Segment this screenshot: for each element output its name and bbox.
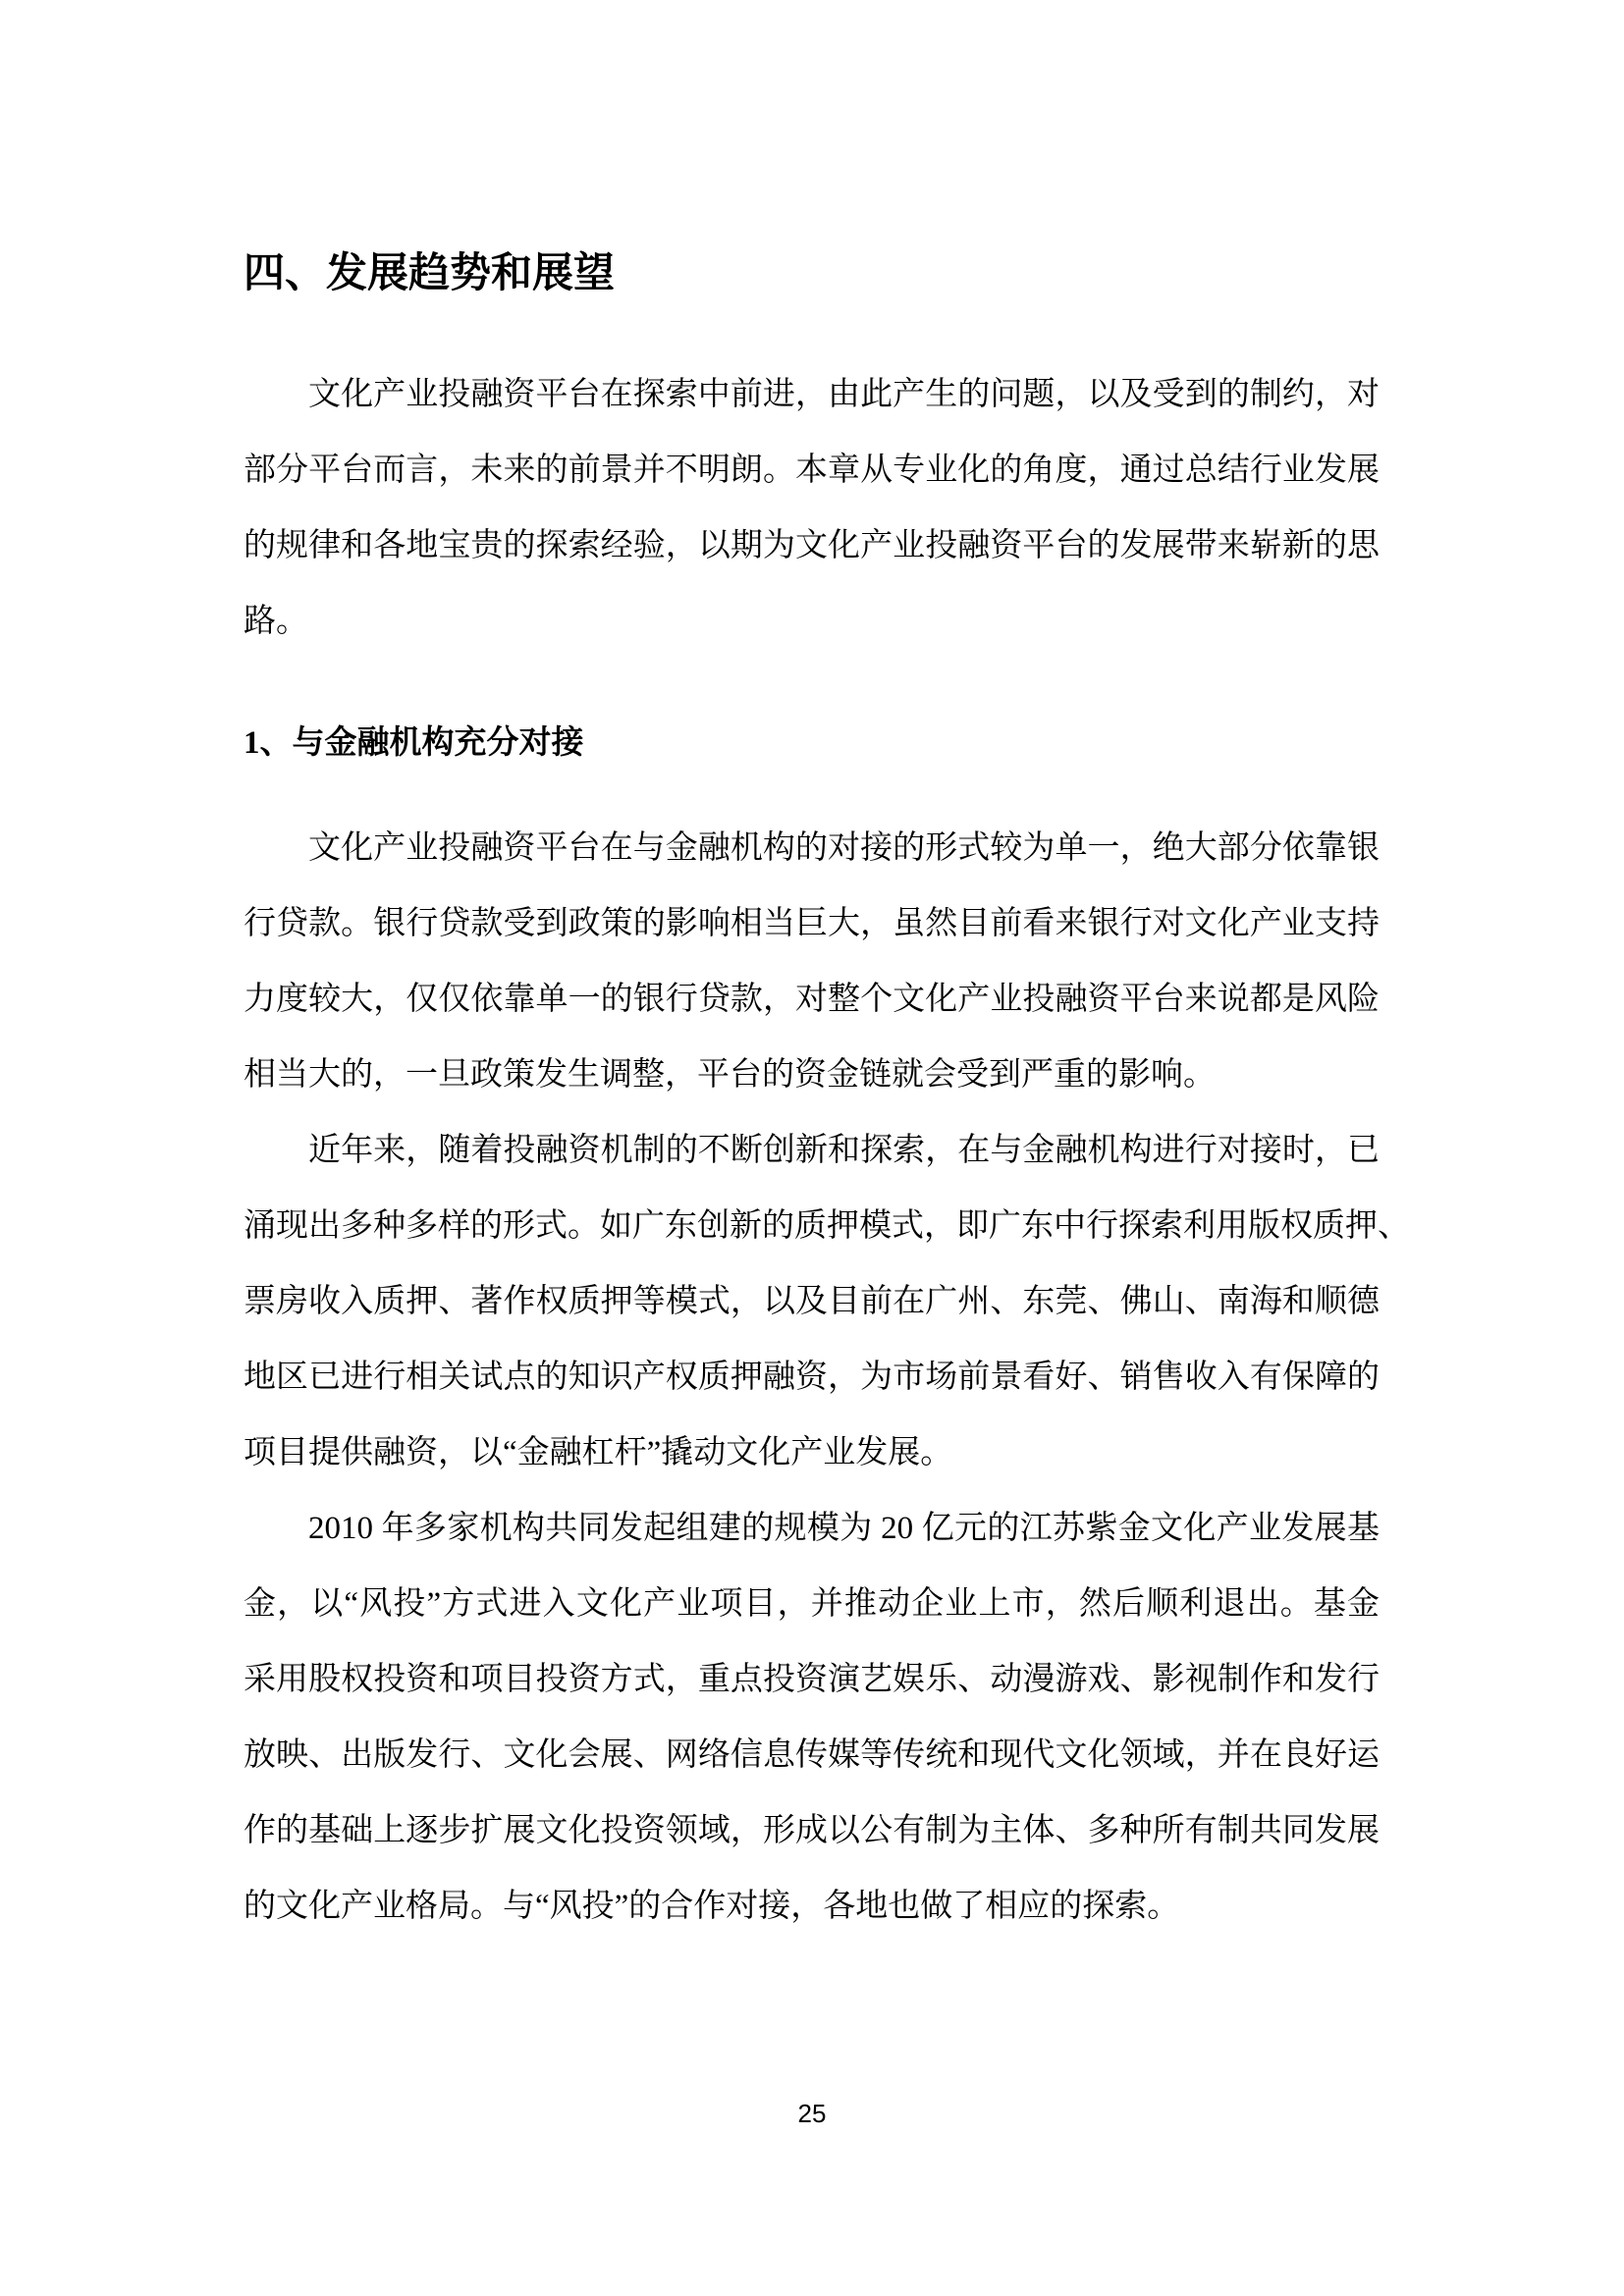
- text-line: 力度较大，仅仅依靠单一的银行贷款，对整个文化产业投融资平台来说都是风险: [244, 962, 1380, 1038]
- paragraph-pledge-models: 近年来，随着投融资机制的不断创新和探索，在与金融机构进行对接时，已涌现出多种多样…: [244, 1113, 1380, 1491]
- text-line: 文化产业投融资平台在与金融机构的对接的形式较为单一，绝大部分依靠银: [244, 811, 1380, 886]
- paragraph-zijin-fund: 2010 年多家机构共同发起组建的规模为 20 亿元的江苏紫金文化产业发展基金，…: [244, 1491, 1380, 1945]
- text-line: 票房收入质押、著作权质押等模式，以及目前在广州、东莞、佛山、南海和顺德: [244, 1264, 1380, 1340]
- text-line: 放映、出版发行、文化会展、网络信息传媒等传统和现代文化领域，并在良好运: [244, 1718, 1380, 1793]
- text-line: 行贷款。银行贷款受到政策的影响相当巨大，虽然目前看来银行对文化产业支持: [244, 886, 1380, 962]
- text-line: 2010 年多家机构共同发起组建的规模为 20 亿元的江苏紫金文化产业发展基: [244, 1491, 1380, 1567]
- text-line: 路。: [244, 584, 1380, 660]
- text-line: 相当大的，一旦政策发生调整，平台的资金链就会受到严重的影响。: [244, 1038, 1380, 1113]
- paragraph-intro: 文化产业投融资平台在探索中前进，由此产生的问题，以及受到的制约，对部分平台而言，…: [244, 357, 1380, 660]
- section-heading: 1、与金融机构充分对接: [244, 723, 1380, 763]
- text-line: 部分平台而言，未来的前景并不明朗。本章从专业化的角度，通过总结行业发展: [244, 433, 1380, 508]
- text-line: 地区已进行相关试点的知识产权质押融资，为市场前景看好、销售收入有保障的: [244, 1340, 1380, 1415]
- text-line: 的文化产业格局。与“风投”的合作对接，各地也做了相应的探索。: [244, 1869, 1380, 1945]
- text-line: 近年来，随着投融资机制的不断创新和探索，在与金融机构进行对接时，已: [244, 1113, 1380, 1189]
- document-page: 四、发展趋势和展望 文化产业投融资平台在探索中前进，由此产生的问题，以及受到的制…: [0, 0, 1624, 2296]
- text-line: 项目提供融资，以“金融杠杆”撬动文化产业发展。: [244, 1415, 1380, 1491]
- paragraph-bank-loans: 文化产业投融资平台在与金融机构的对接的形式较为单一，绝大部分依靠银行贷款。银行贷…: [244, 811, 1380, 1113]
- chapter-title: 四、发展趋势和展望: [244, 253, 1380, 294]
- text-line: 涌现出多种多样的形式。如广东创新的质押模式，即广东中行探索利用版权质押、: [244, 1189, 1380, 1264]
- text-line: 作的基础上逐步扩展文化投资领域，形成以公有制为主体、多种所有制共同发展: [244, 1793, 1380, 1869]
- text-line: 文化产业投融资平台在探索中前进，由此产生的问题，以及受到的制约，对: [244, 357, 1380, 433]
- page-number: 25: [0, 2099, 1624, 2129]
- text-line: 金，以“风投”方式进入文化产业项目，并推动企业上市，然后顺利退出。基金: [244, 1567, 1380, 1642]
- text-line: 采用股权投资和项目投资方式，重点投资演艺娱乐、动漫游戏、影视制作和发行: [244, 1642, 1380, 1718]
- text-line: 的规律和各地宝贵的探索经验，以期为文化产业投融资平台的发展带来崭新的思: [244, 508, 1380, 584]
